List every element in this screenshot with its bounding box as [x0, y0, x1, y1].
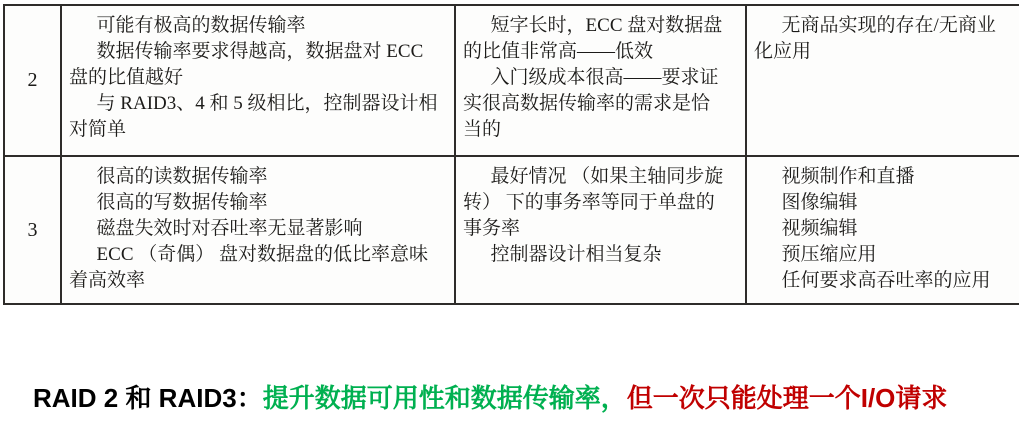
- note-green-text: 提升数据可用性和数据传输率，: [263, 383, 627, 413]
- cell-applications: 视频制作和直播图像编辑视频编辑预压缩应用任何要求高吞吐率的应用: [745, 157, 1019, 303]
- cell-paragraph: 与 RAID3、4 和 5 级相比，控制器设计相 对简单: [69, 91, 450, 143]
- note-prefix: RAID 2 和 RAID3：: [33, 383, 263, 413]
- cell-paragraph: 无商品实现的存在/无商业 化应用: [754, 13, 1015, 65]
- cell-applications: 无商品实现的存在/无商业 化应用: [745, 6, 1019, 157]
- cell-paragraph: 短字长时，ECC 盘对数据盘 的比值非常高——低效: [463, 13, 741, 65]
- cell-paragraph: ECC （奇偶） 盘对数据盘的低比率意味 着高效率: [69, 242, 450, 294]
- cell-paragraph: 任何要求高吞吐率的应用: [754, 268, 1015, 294]
- cell-paragraph: 控制器设计相当复杂: [463, 242, 741, 268]
- cell-paragraph: 磁盘失效时对吞吐率无显著影响: [69, 216, 450, 242]
- cell-advantages: 很高的读数据传输率很高的写数据传输率磁盘失效时对吞吐率无显著影响ECC （奇偶）…: [60, 157, 454, 303]
- cell-paragraph: 预压缩应用: [754, 242, 1015, 268]
- cell-paragraph: 可能有极高的数据传输率: [69, 13, 450, 39]
- cell-paragraph: 很高的写数据传输率: [69, 190, 450, 216]
- page: 2可能有极高的数据传输率数据传输率要求得越高，数据盘对 ECC 盘的比值越好与 …: [0, 0, 1019, 427]
- cell-paragraph: 数据传输率要求得越高，数据盘对 ECC 盘的比值越好: [69, 39, 450, 91]
- raid-level: 3: [5, 157, 60, 303]
- cell-paragraph: 视频编辑: [754, 216, 1015, 242]
- cell-paragraph: 视频制作和直播: [754, 164, 1015, 190]
- raid-level: 2: [5, 6, 60, 157]
- note-red-text: 但一次只能处理一个I/O请求: [627, 383, 948, 413]
- cell-advantages: 可能有极高的数据传输率数据传输率要求得越高，数据盘对 ECC 盘的比值越好与 R…: [60, 6, 454, 157]
- cell-paragraph: 图像编辑: [754, 190, 1015, 216]
- cell-paragraph: 很高的读数据传输率: [69, 164, 450, 190]
- cell-paragraph: 入门级成本很高——要求证 实很高数据传输率的需求是恰 当的: [463, 65, 741, 143]
- cell-disadvantages: 最好情况 （如果主轴同步旋 转） 下的事务率等同于单盘的 事务率控制器设计相当复…: [454, 157, 745, 303]
- cell-disadvantages: 短字长时，ECC 盘对数据盘 的比值非常高——低效入门级成本很高——要求证 实很…: [454, 6, 745, 157]
- cell-paragraph: 最好情况 （如果主轴同步旋 转） 下的事务率等同于单盘的 事务率: [463, 164, 741, 242]
- summary-note: RAID 2 和 RAID3：提升数据可用性和数据传输率，但一次只能处理一个I/…: [33, 381, 947, 415]
- raid-comparison-table: 2可能有极高的数据传输率数据传输率要求得越高，数据盘对 ECC 盘的比值越好与 …: [3, 4, 1019, 305]
